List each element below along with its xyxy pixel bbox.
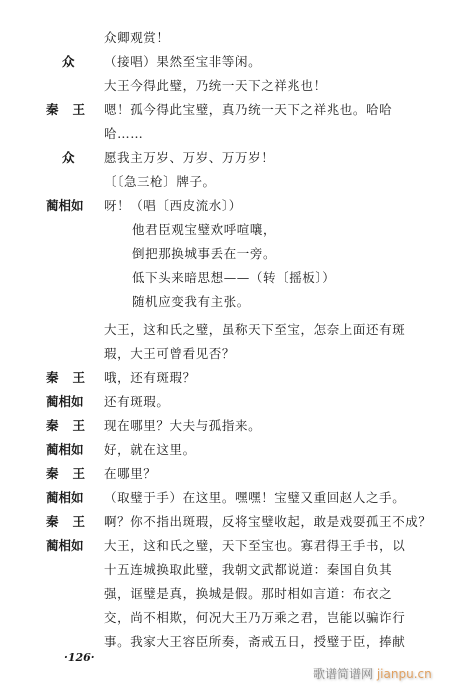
watermark-site-name: 歌谱简谱网 (313, 667, 373, 681)
speaker-name: 秦王 (46, 464, 96, 484)
script-line: 蔺相如还有斑瑕。 (0, 392, 463, 412)
script-line: 秦王在哪里？ (0, 464, 463, 484)
speaker-name: 蔺相如 (46, 392, 96, 412)
dialogue-text: 他君臣观宝璧欢呼喧嚷， (132, 220, 276, 240)
dialogue-text: 哈…… (104, 124, 143, 144)
script-line: 秦王嗯！孤今得此宝璧，真乃统一天下之祥兆也。哈哈 (0, 100, 463, 120)
dialogue-text: 大王，这和氏之璧，天下至宝也。寡君得王手书，以 (104, 536, 405, 556)
dialogue-text: 众卿观赏！ (104, 28, 170, 48)
dialogue-text: 啊？你不指出斑瑕，反将宝璧收起，敢是戏耍孤王不成？ (104, 512, 432, 532)
script-line: 众卿观赏！ (0, 28, 463, 48)
speaker-name: 蔺相如 (46, 536, 96, 556)
script-line: 蔺相如好，就在这里。 (0, 440, 463, 460)
dialogue-text: （取璧于手）在这里。嘿嘿！宝璧又重回赵人之手。 (104, 488, 405, 508)
dialogue-text: 强，诓璧是真，换城是假。那时相如言道：布衣之 (104, 584, 392, 604)
speaker-name: 秦王 (46, 512, 96, 532)
script-line: 秦王哦，还有斑瑕？ (0, 368, 463, 388)
script-line: 众愿我主万岁、万岁、万万岁！ (0, 148, 463, 168)
dialogue-text: 嗯！孤今得此宝璧，真乃统一天下之祥兆也。哈哈 (104, 100, 392, 120)
speaker-name: 蔺相如 (46, 488, 96, 508)
script-line: 蔺相如大王，这和氏之璧，天下至宝也。寡君得王手书，以 (0, 536, 463, 556)
script-line: 〔〔急三枪〕牌子。 (0, 172, 463, 192)
dialogue-text: 交，尚不相欺，何况大王乃万乘之君，岂能以骗诈行 (104, 608, 405, 628)
script-line: 瑕，大王可曾看见否？ (0, 344, 463, 364)
dialogue-text: 随机应变我有主张。 (132, 292, 250, 312)
watermark-url: jianpu.cn (377, 667, 432, 681)
script-line: 强，诓璧是真，换城是假。那时相如言道：布衣之 (0, 584, 463, 604)
dialogue-text: 好，就在这里。 (104, 440, 196, 460)
script-line: 事。我家大王容臣所奏，斋戒五日，授璧于臣，捧献 (0, 632, 463, 652)
dialogue-text: 愿我主万岁、万岁、万万岁！ (104, 148, 274, 168)
script-line: 蔺相如（取璧于手）在这里。嘿嘿！宝璧又重回赵人之手。 (0, 488, 463, 508)
script-line: 低下头来暗思想——（转〔摇板〕） (0, 268, 463, 288)
speaker-name: 秦王 (46, 416, 96, 436)
script-line: 大王今得此璧，乃统一天下之祥兆也！ (0, 76, 463, 96)
script-line: 交，尚不相欺，何况大王乃万乘之君，岂能以骗诈行 (0, 608, 463, 628)
script-line: 众（接唱）果然至宝非等闲。 (0, 52, 463, 72)
speaker-name: 秦王 (46, 100, 96, 120)
script-line: 大王，这和氏之璧，虽称天下至宝，怎奈上面还有斑 (0, 320, 463, 340)
dialogue-text: 呀！（唱〔西皮流水〕） (104, 196, 242, 216)
speaker-name: 蔺相如 (46, 440, 96, 460)
dialogue-text: 事。我家大王容臣所奏，斋戒五日，授璧于臣，捧献 (104, 632, 405, 652)
script-line: 十五连城换取此璧，我朝文武都说道：秦国自负其 (0, 560, 463, 580)
dialogue-text: 低下头来暗思想——（转〔摇板〕） (132, 268, 335, 288)
script-line: 哈…… (0, 124, 463, 144)
script-line: 蔺相如呀！（唱〔西皮流水〕） (0, 196, 463, 216)
dialogue-text: 哦，还有斑瑕？ (104, 368, 196, 388)
dialogue-text: 现在哪里？大夫与孤指来。 (104, 416, 261, 436)
dialogue-text: 还有斑瑕。 (104, 392, 170, 412)
dialogue-text: 瑕，大王可曾看见否？ (104, 344, 235, 364)
script-line: 秦王现在哪里？大夫与孤指来。 (0, 416, 463, 436)
dialogue-text: 倒把那换城事丢在一旁。 (132, 244, 276, 264)
dialogue-text: 在哪里？ (104, 464, 156, 484)
script-line: 随机应变我有主张。 (0, 292, 463, 312)
dialogue-text: 十五连城换取此璧，我朝文武都说道：秦国自负其 (104, 560, 392, 580)
dialogue-text: 〔〔急三枪〕牌子。 (104, 172, 216, 192)
dialogue-text: 大王，这和氏之璧，虽称天下至宝，怎奈上面还有斑 (104, 320, 405, 340)
script-line: 他君臣观宝璧欢呼喧嚷， (0, 220, 463, 240)
speaker-name: 蔺相如 (46, 196, 96, 216)
script-line: 秦王啊？你不指出斑瑕，反将宝璧收起，敢是戏耍孤王不成？ (0, 512, 463, 532)
dialogue-text: 大王今得此璧，乃统一天下之祥兆也！ (104, 76, 327, 96)
dialogue-text: （接唱）果然至宝非等闲。 (104, 52, 261, 72)
document-page: 众卿观赏！众（接唱）果然至宝非等闲。大王今得此璧，乃统一天下之祥兆也！秦王嗯！孤… (0, 0, 463, 690)
watermark: 歌谱简谱网 jianpu.cn (313, 665, 432, 682)
script-line: 倒把那换城事丢在一旁。 (0, 244, 463, 264)
page-number: ·126· (64, 651, 95, 664)
speaker-name: 秦王 (46, 368, 96, 388)
